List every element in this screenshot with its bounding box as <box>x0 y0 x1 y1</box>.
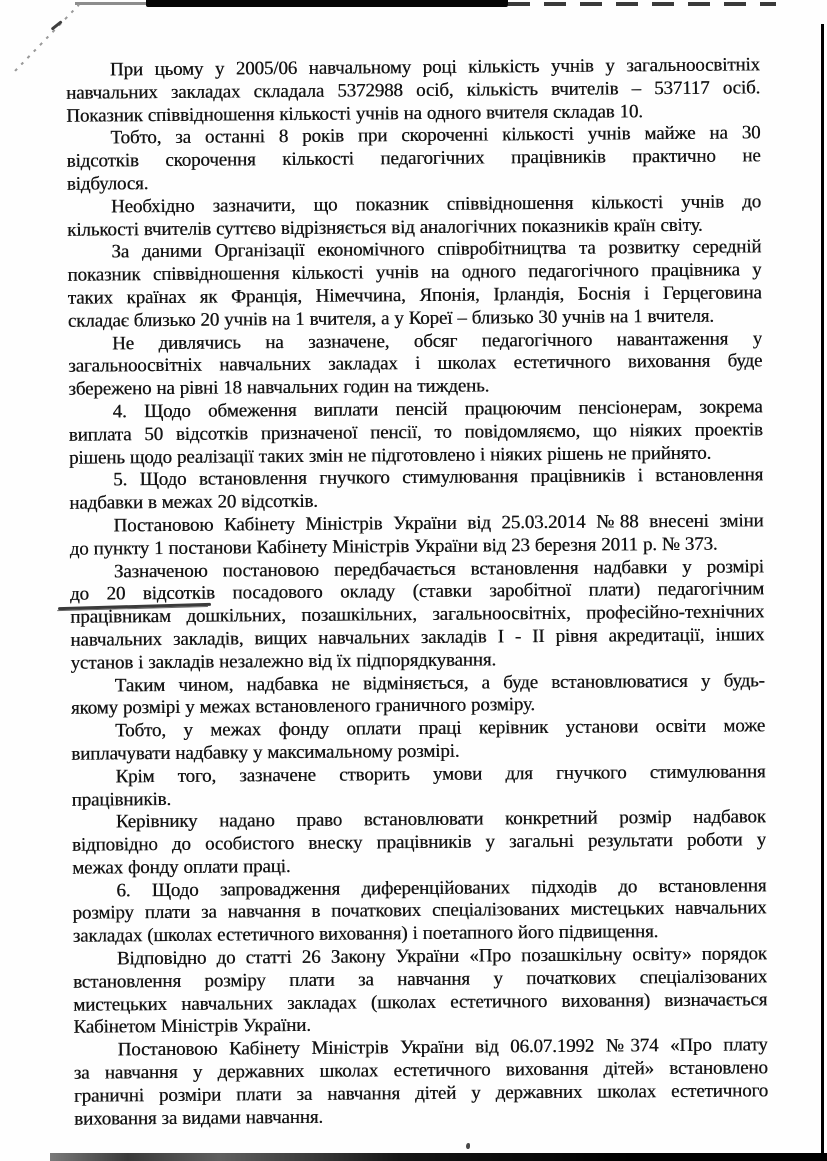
paragraph: Постановою Кабінету Міністрів України ві… <box>74 1035 769 1132</box>
paragraph: Тобто, за останні 8 років при скороченні… <box>66 123 761 197</box>
paragraph: Необхідно зазначити, що показник співвід… <box>67 191 761 242</box>
document-text: При цьому у 2005/06 навчальному році кіл… <box>66 54 768 1131</box>
paragraph: Зазначеною постановою передбачається вст… <box>70 556 765 675</box>
paragraph: Крім того, зазначене створить умови для … <box>71 761 765 812</box>
scan-artifact-bottom-edge-bar <box>50 1153 827 1161</box>
scanned-page: При цьому у 2005/06 навчальному році кіл… <box>0 0 827 1161</box>
paragraph: 5. Щодо встановлення гнучкого стимулюван… <box>69 465 763 516</box>
paragraph: При цьому у 2005/06 навчальному році кіл… <box>66 54 761 128</box>
paragraph: Тобто, у межах фонду оплати праці керівн… <box>71 715 765 766</box>
paragraph: Відповідно до статті 26 Закону України «… <box>73 943 768 1040</box>
paragraph: Таким чином, надбавка не відміняється, а… <box>71 670 765 721</box>
scan-artifact-right-edge-line <box>821 24 824 1161</box>
ink-speck <box>466 1143 470 1149</box>
paragraph: Постановою Кабінету Міністрів України ві… <box>69 510 763 561</box>
paragraph: 4. Щодо обмеження виплати пенсій працююч… <box>68 396 763 470</box>
text-line: виховання за видами навчання. <box>74 1103 768 1131</box>
paragraph: Керівнику надано право встановлювати кон… <box>72 807 767 881</box>
paragraph: Не дивлячись на зазначене, обсяг педагог… <box>68 328 763 402</box>
scan-crease-tick-mark <box>51 20 63 30</box>
scan-artifact-top-edge-soft <box>75 2 147 5</box>
scan-artifact-top-edge-dashes <box>508 2 776 6</box>
paragraph: За даними Організації економічного співр… <box>67 237 762 334</box>
scan-artifact-top-edge-bar <box>146 0 508 7</box>
paragraph: 6. Щодо запровадження диференційованих п… <box>72 875 767 949</box>
